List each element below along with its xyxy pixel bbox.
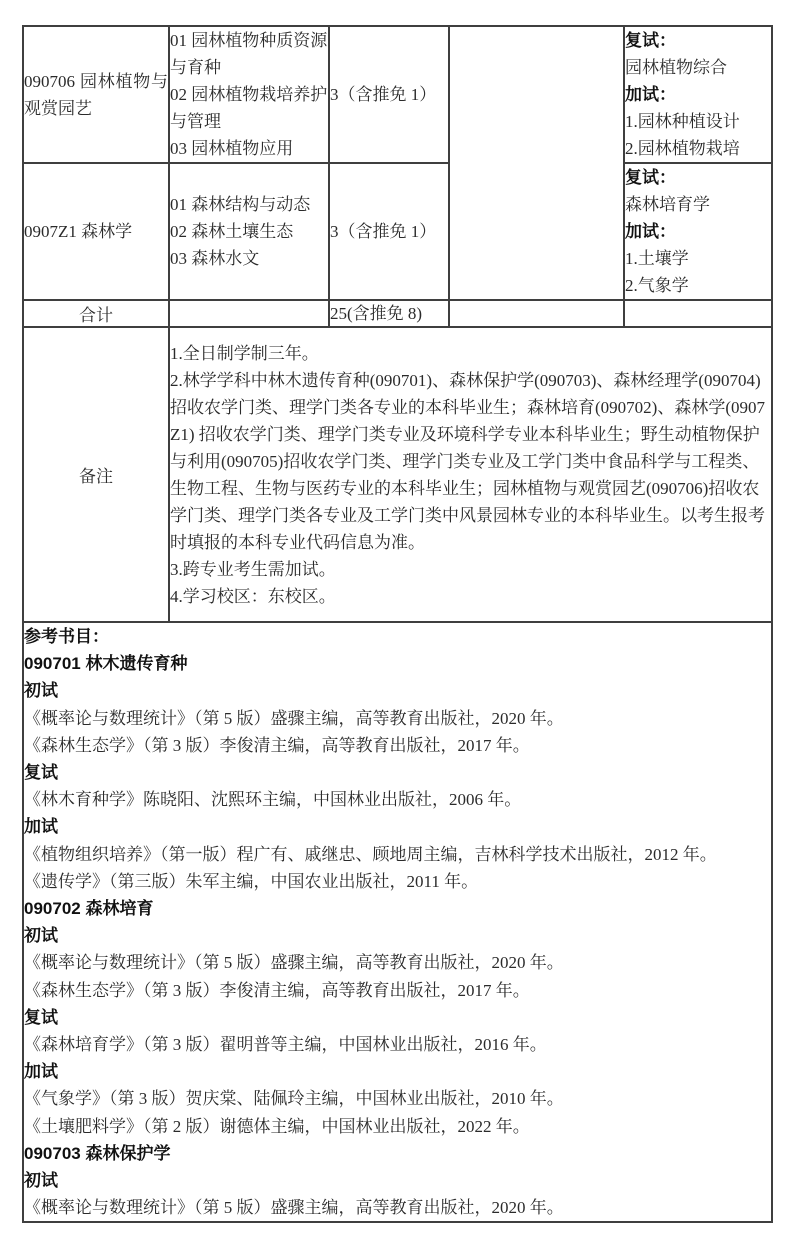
admissions-table: 090706 园林植物与观赏园艺 01 园林植物种质资源与育种02 园林植物栽培…: [22, 25, 773, 1223]
reference-line: 复试: [24, 1004, 771, 1031]
program-code-name: 090706 园林植物与观赏园艺: [23, 26, 169, 163]
retest-label: 复试：: [625, 164, 771, 191]
reference-line: 《气象学》（第 3 版）贺庆棠、陆佩玲主编，中国林业出版社，2010 年。: [24, 1085, 771, 1112]
enrollment-quota: 3（含推免 1）: [329, 26, 449, 163]
reference-line: 090703 森林保护学: [24, 1140, 771, 1167]
remark-item: 4.学习校区：东校区。: [170, 583, 771, 610]
reference-line: 《概率论与数理统计》（第 5 版）盛骤主编，高等教育出版社，2020 年。: [24, 949, 771, 976]
direction-item: 01 园林植物种质资源与育种: [170, 27, 328, 81]
retest-additional-cell: 复试： 园林植物综合 加试： 1.园林种植设计 2.园林植物栽培: [624, 26, 772, 163]
retest-label: 复试：: [625, 27, 771, 54]
reference-line: 《土壤肥料学》（第 2 版）谢德体主编，中国林业出版社，2022 年。: [24, 1113, 771, 1140]
reference-line: 《森林生态学》（第 3 版）李俊清主编，高等教育出版社，2017 年。: [24, 977, 771, 1004]
reference-line: 加试: [24, 1058, 771, 1085]
empty-cell: [449, 300, 624, 327]
additional-test-subject: 1.土壤学: [625, 245, 771, 272]
total-quota: 25(含推免 8): [329, 300, 449, 327]
reference-line: 《林木育种学》陈晓阳、沈熙环主编，中国林业出版社，2006 年。: [24, 786, 771, 813]
retest-subject: 园林植物综合: [625, 54, 771, 81]
reference-line: 加试: [24, 813, 771, 840]
additional-test-label: 加试：: [625, 218, 771, 245]
reference-line: 090701 林木遗传育种: [24, 650, 771, 677]
total-row: 合计 25(含推免 8): [23, 300, 772, 327]
direction-item: 02 园林植物栽培养护与管理: [170, 81, 328, 135]
empty-cell: [169, 300, 329, 327]
reference-line: 《森林培育学》（第 3 版）翟明普等主编，中国林业出版社，2016 年。: [24, 1031, 771, 1058]
retest-additional-cell: 复试： 森林培育学 加试： 1.土壤学 2.气象学: [624, 163, 772, 300]
reference-line: 090702 森林培育: [24, 895, 771, 922]
reference-line: 《遗传学》（第三版）朱军主编，中国农业出版社，2011 年。: [24, 868, 771, 895]
reference-line: 初试: [24, 677, 771, 704]
additional-test-subject: 1.园林种植设计: [625, 108, 771, 135]
remark-item: 1.全日制学制三年。: [170, 340, 771, 367]
program-code-name: 0907Z1 森林学: [23, 163, 169, 300]
additional-test-label: 加试：: [625, 81, 771, 108]
direction-item: 01 森林结构与动态: [170, 191, 328, 218]
admissions-document-page: 090706 园林植物与观赏园艺 01 园林植物种质资源与育种02 园林植物栽培…: [0, 0, 792, 1223]
remarks-label: 备注: [23, 327, 169, 622]
remark-item: 2.林学学科中林木遗传育种(090701)、森林保护学(090703)、森林经理…: [170, 367, 771, 556]
program-row-0907Z1: 0907Z1 森林学 01 森林结构与动态02 森林土壤生态03 森林水文 3（…: [23, 163, 772, 300]
reference-list: 参考书目：090701 林木遗传育种初试《概率论与数理统计》（第 5 版）盛骤主…: [23, 622, 772, 1222]
enrollment-quota: 3（含推免 1）: [329, 163, 449, 300]
additional-test-subject: 2.园林植物栽培: [625, 135, 771, 162]
total-label: 合计: [23, 300, 169, 327]
retest-subject: 森林培育学: [625, 191, 771, 218]
reference-line: 初试: [24, 922, 771, 949]
exam-subjects-cell: [449, 26, 624, 300]
additional-test-subject: 2.气象学: [625, 272, 771, 299]
reference-line: 《概率论与数理统计》（第 5 版）盛骤主编，高等教育出版社，2020 年。: [24, 1194, 771, 1221]
reference-line: 复试: [24, 759, 771, 786]
reference-line: 初试: [24, 1167, 771, 1194]
research-directions: 01 园林植物种质资源与育种02 园林植物栽培养护与管理03 园林植物应用: [169, 26, 329, 163]
remarks-row: 备注 1.全日制学制三年。2.林学学科中林木遗传育种(090701)、森林保护学…: [23, 327, 772, 622]
direction-item: 03 园林植物应用: [170, 135, 328, 162]
remark-item: 3.跨专业考生需加试。: [170, 556, 771, 583]
direction-item: 03 森林水文: [170, 245, 328, 272]
remarks-content: 1.全日制学制三年。2.林学学科中林木遗传育种(090701)、森林保护学(09…: [169, 327, 772, 622]
research-directions: 01 森林结构与动态02 森林土壤生态03 森林水文: [169, 163, 329, 300]
reference-line: 《植物组织培养》（第一版）程广有、戚继忠、顾地周主编，吉林科学技术出版社，201…: [24, 841, 771, 868]
references-row: 参考书目：090701 林木遗传育种初试《概率论与数理统计》（第 5 版）盛骤主…: [23, 622, 772, 1222]
empty-cell: [624, 300, 772, 327]
program-row-090706: 090706 园林植物与观赏园艺 01 园林植物种质资源与育种02 园林植物栽培…: [23, 26, 772, 163]
reference-line: 《森林生态学》（第 3 版）李俊清主编，高等教育出版社，2017 年。: [24, 732, 771, 759]
direction-item: 02 森林土壤生态: [170, 218, 328, 245]
reference-line: 参考书目：: [24, 623, 771, 650]
reference-line: 《概率论与数理统计》（第 5 版）盛骤主编，高等教育出版社，2020 年。: [24, 705, 771, 732]
